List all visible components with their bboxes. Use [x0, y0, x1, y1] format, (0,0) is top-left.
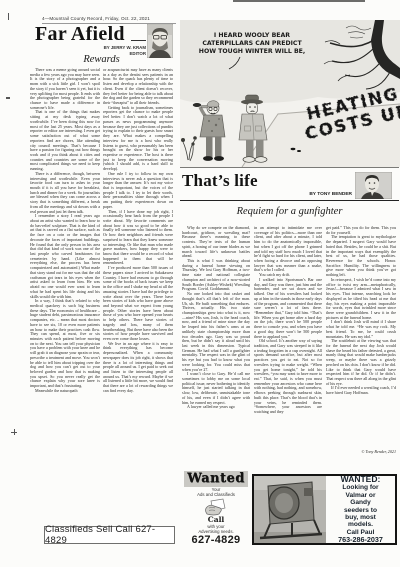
wanted-ad-call: Call	[184, 516, 248, 524]
wanted-ad-title: Wanted	[184, 471, 248, 487]
editorial-cartoon: I HEARD WOOLY BEAR CATERPILLARS CAN PRED…	[180, 20, 400, 167]
newspaper-page: 4—Mountrail County Record, Friday, Oct. …	[0, 0, 400, 567]
wanted-ad: Wanted Your Ads and Classifieds Call wit…	[184, 471, 248, 545]
scan-artifact-mark	[11, 429, 17, 435]
rewards-column-2: or acupuncturist may have as many client…	[103, 68, 173, 520]
rewards-heading: Rewards	[30, 54, 173, 65]
column-credit: © Tony Bender, 2021	[326, 449, 396, 454]
classifieds-banner: Classifieds Sell Call 627-4829	[44, 526, 175, 544]
hand-with-paper-icon	[184, 498, 248, 516]
far-afield-rule	[131, 40, 146, 41]
columnist-photo	[355, 172, 392, 199]
editor-photo	[147, 24, 173, 58]
scan-artifact-mark	[8, 13, 9, 20]
seeder-ad-text: WANTED:Looking forValmar orGandyseeders …	[326, 476, 395, 543]
seeder-photo	[254, 476, 326, 543]
thats-life-byline: BY TONY BENDER	[240, 192, 352, 197]
requiem-headline: Requiem for a gunfighter	[180, 206, 399, 217]
far-afield-title: Far Afield	[35, 23, 125, 46]
cartoon-speech-text: I HEARD WOOLY BEAR CATERPILLARS CAN PRED…	[199, 32, 305, 55]
thats-life-title: That’s life	[182, 171, 258, 191]
stray-caterpillar	[297, 150, 301, 152]
byline-rule	[180, 200, 399, 201]
thats-life-column-1: Why do we compete on the diamond, hardco…	[182, 226, 250, 469]
section-top-rule	[180, 167, 399, 168]
wanted-ad-phone: 627-4829	[184, 535, 248, 547]
svg-text:HOW TOUGH WINTER WILL BE,: HOW TOUGH WINTER WILL BE,	[199, 48, 305, 55]
stray-caterpillar	[291, 148, 296, 150]
seeder-ad: WANTED:Looking forValmar orGandyseeders …	[252, 474, 397, 545]
svg-text:I HEARD WOOLY BEAR: I HEARD WOOLY BEAR	[214, 32, 290, 39]
rewards-column-1: There was a meme going around social med…	[30, 68, 100, 520]
thats-life-column-3: get paid.” This you do for them. This yo…	[326, 226, 396, 448]
scan-artifact-mark	[6, 97, 10, 99]
svg-text:CATERPILLARS CAN PREDICT: CATERPILLARS CAN PREDICT	[202, 40, 302, 47]
caterpillar	[193, 103, 201, 107]
thats-life-column-2: in an attempt to intimidate me over cove…	[254, 226, 322, 470]
scan-artifact-streak	[233, 0, 365, 2]
